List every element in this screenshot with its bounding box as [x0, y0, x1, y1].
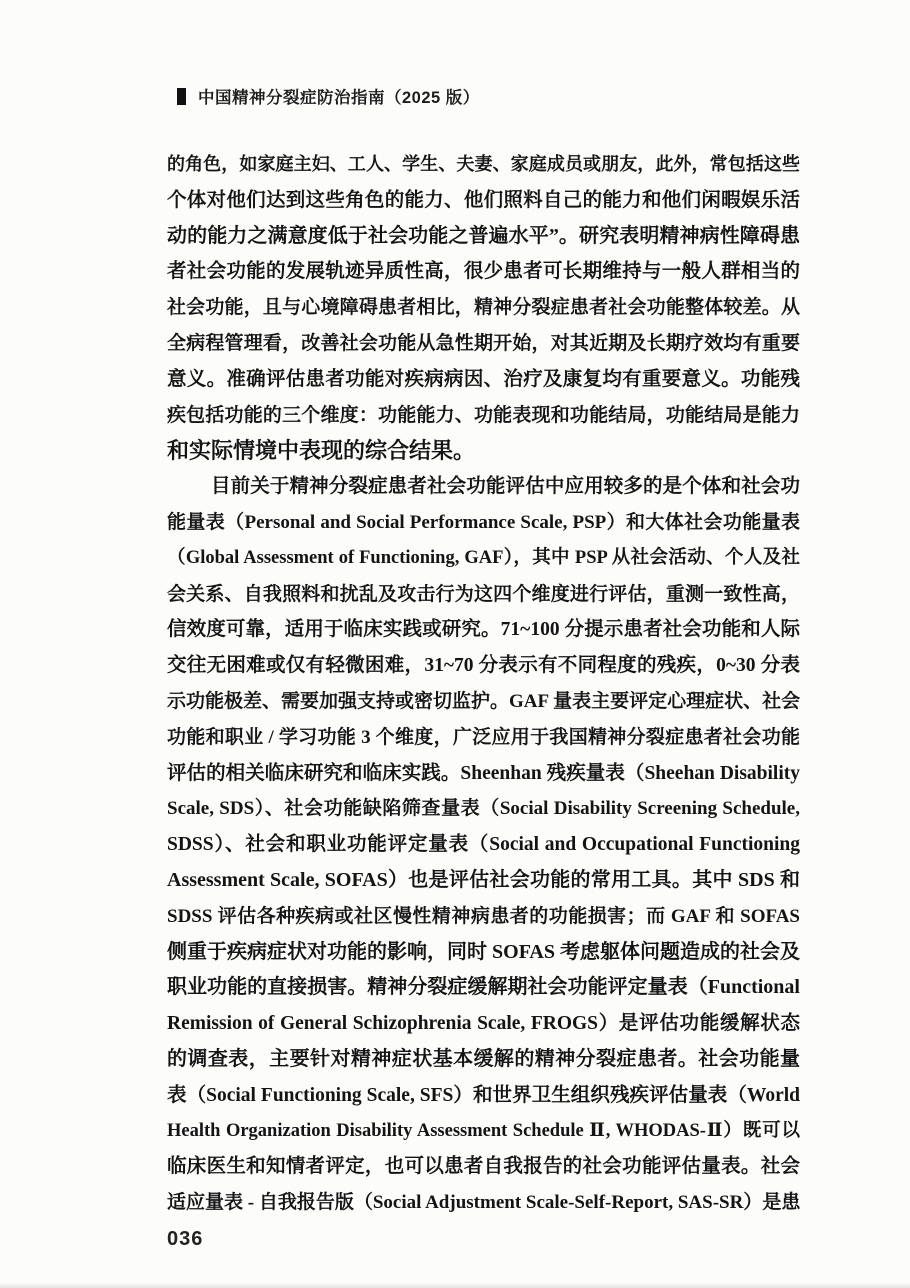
text-line: 和实际情境中表现的综合结果。: [167, 433, 800, 469]
text-line: 目前关于精神分裂症患者社会功能评估中应用较多的是个体和社会功: [167, 469, 800, 505]
text-line: Assessment Scale, SOFAS）也是评估社会功能的常用工具。其中…: [167, 863, 800, 899]
text-line: Scale, SDS）、社会功能缺陷筛查量表（Social Disability…: [167, 791, 800, 827]
text-line: 表（Social Functioning Scale, SFS）和世界卫生组织残…: [167, 1078, 800, 1114]
text-line: 疾包括功能的三个维度：功能能力、功能表现和功能结局，功能结局是能力: [167, 398, 800, 434]
text-line: 者社会功能的发展轨迹异质性高，很少患者可长期维持与一般人群相当的: [167, 254, 800, 290]
text-line: 能量表（Personal and Social Performance Scal…: [167, 505, 800, 541]
text-line: 社会功能，且与心境障碍患者相比，精神分裂症患者社会功能整体较差。从: [167, 290, 800, 326]
text-line: 交往无困难或仅有轻微困难，31~70 分表示有不同程度的残疾，0~30 分表: [167, 648, 800, 684]
text-line: Health Organization Disability Assessmen…: [167, 1114, 800, 1150]
text-line: Remission of General Schizophrenia Scale…: [167, 1006, 800, 1042]
running-header-title: 中国精神分裂症防治指南（2025 版）: [198, 84, 480, 108]
text-line: 适应量表 - 自我报告版（Social Adjustment Scale-Sel…: [167, 1185, 800, 1221]
body-text: 的角色，如家庭主妇、工人、学生、夫妻、家庭成员或朋友，此外，常包括这些个体对他们…: [167, 147, 800, 1221]
text-line: 职业功能的直接损害。精神分裂症缓解期社会功能评定量表（Functional: [167, 970, 800, 1006]
text-line: 会关系、自我照料和扰乱及攻击行为这四个维度进行评估，重测一致性高，: [167, 577, 800, 613]
text-line: 功能和职业 / 学习功能 3 个维度，广泛应用于我国精神分裂症患者社会功能: [167, 720, 800, 756]
text-line: 评估的相关临床研究和临床实践。Sheenhan 残疾量表（Sheehan Dis…: [167, 756, 800, 792]
text-line: 的调查表，主要针对精神症状基本缓解的精神分裂症患者。社会功能量: [167, 1042, 800, 1078]
text-line: 意义。准确评估患者功能对疾病病因、治疗及康复均有重要意义。功能残: [167, 362, 800, 398]
section-bar-icon: [177, 88, 186, 105]
text-line: 全病程管理看，改善社会功能从急性期开始，对其近期及长期疗效均有重要: [167, 326, 800, 362]
text-line: SDSS 评估各种疾病或社区慢性精神病患者的功能损害；而 GAF 和 SOFAS: [167, 899, 800, 935]
running-header: 中国精神分裂症防治指南（2025 版）: [177, 84, 480, 108]
text-line: 个体对他们达到这些角色的能力、他们照料自己的能力和他们闲暇娱乐活: [167, 183, 800, 219]
text-line: 临床医生和知情者评定，也可以患者自我报告的社会功能评估量表。社会: [167, 1149, 800, 1185]
text-line: 示功能极差、需要加强支持或密切监护。GAF 量表主要评定心理症状、社会: [167, 684, 800, 720]
page-number: 036: [167, 1228, 203, 1251]
text-line: 动的能力之满意度低于社会功能之普遍水平”。研究表明精神病性障碍患: [167, 219, 800, 255]
text-line: 的角色，如家庭主妇、工人、学生、夫妻、家庭成员或朋友，此外，常包括这些: [167, 147, 800, 183]
text-line: SDSS）、社会和职业功能评定量表（Social and Occupationa…: [167, 827, 800, 863]
text-line: （Global Assessment of Functioning, GAF），…: [167, 541, 800, 577]
text-line: 信效度可靠，适用于临床实践或研究。71~100 分提示患者社会功能和人际: [167, 612, 800, 648]
book-page: 中国精神分裂症防治指南（2025 版） 的角色，如家庭主妇、工人、学生、夫妻、家…: [0, 0, 910, 1288]
text-line: 侧重于疾病症状对功能的影响，同时 SOFAS 考虑躯体问题造成的社会及: [167, 935, 800, 971]
